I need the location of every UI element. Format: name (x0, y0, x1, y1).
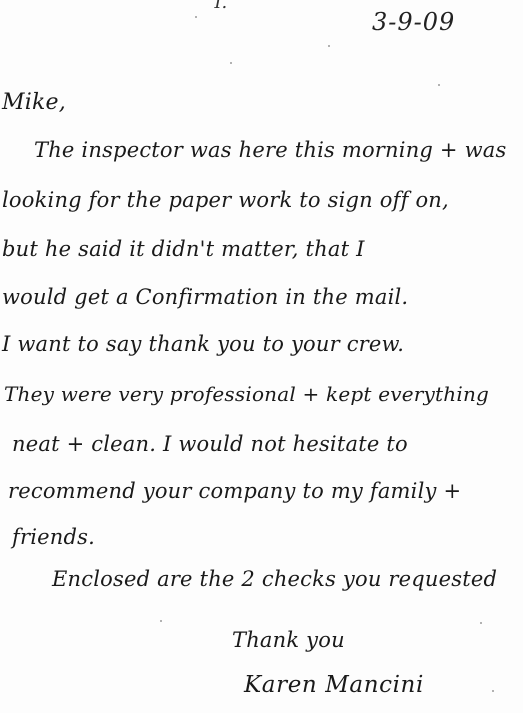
body-line-7: neat + clean. I would not hesitate to (12, 431, 408, 457)
handwritten-letter-page: T. 3-9-09 Mike, The inspector was here t… (0, 0, 523, 713)
body-line-10: Enclosed are the 2 checks you requested (52, 566, 497, 592)
body-line-1: The inspector was here this morning + wa… (34, 137, 506, 163)
scan-speck (230, 62, 232, 64)
body-line-2: looking for the paper work to sign off o… (2, 187, 449, 213)
closing: Thank you (232, 628, 345, 652)
scan-speck (195, 16, 197, 18)
body-line-9: friends. (12, 524, 95, 550)
scan-speck (492, 690, 494, 692)
scan-speck (160, 620, 162, 622)
salutation: Mike, (2, 90, 66, 115)
body-line-3: but he said it didn't matter, that I (2, 236, 365, 262)
body-line-6: They were very professional + kept every… (4, 381, 489, 407)
body-line-4: would get a Confirmation in the mail. (2, 284, 408, 310)
body-line-8: recommend your company to my family + (8, 478, 461, 504)
scan-speck (328, 45, 330, 47)
scan-speck (480, 622, 482, 624)
top-mark: T. (212, 0, 227, 13)
scan-speck (438, 84, 440, 86)
signature: Karen Mancini (244, 672, 424, 698)
letter-date: 3-9-09 (372, 8, 455, 36)
body-line-5: I want to say thank you to your crew. (2, 331, 404, 357)
